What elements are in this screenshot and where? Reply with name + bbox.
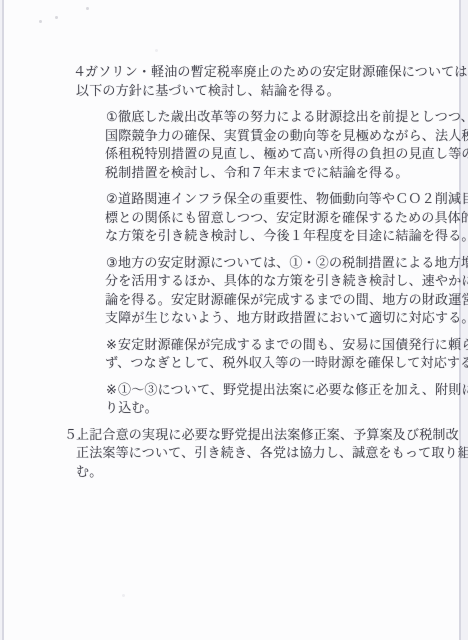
- paragraph-subitem: ①徹底した歳出改革等の努力による財源捻出を前提としつつ、 国際競争力の確保、実質…: [0, 109, 460, 183]
- item-marker: ※: [93, 337, 117, 356]
- paragraph-note: ※安定財源確保が完成するまでの間も、安易に国債発行に頼ら ず、つなぎとして、税外…: [0, 337, 460, 374]
- scan-speck: [55, 16, 58, 19]
- scan-speck: [39, 20, 42, 23]
- paragraph-note: ※①～③について、野党提出法案に必要な修正を加え、附則に盛 り込む。: [0, 382, 460, 419]
- scan-speck: [155, 49, 158, 52]
- paragraph-item: ４.ガソリン・軽油の暫定税率廃止のための安定財源確保については、 以下の方針に基…: [0, 64, 460, 101]
- document-body: ４.ガソリン・軽油の暫定税率廃止のための安定財源確保については、 以下の方針に基…: [0, 64, 460, 490]
- item-marker: ②: [93, 191, 118, 210]
- item-marker: ５.: [64, 427, 82, 446]
- item-marker: ①: [93, 109, 118, 128]
- item-marker: ③: [93, 255, 118, 274]
- item-text: 上記合意の実現に必要な野党提出法案修正案、予算案及び税制改 正法案等について、引…: [76, 428, 468, 480]
- paragraph-subitem: ③地方の安定財源については、①・②の税制措置による地方増収 分を活用するほか、具…: [0, 255, 460, 329]
- item-text: 安定財源確保が完成するまでの間も、安易に国債発行に頼ら ず、つなぎとして、税外収…: [105, 338, 468, 372]
- scan-speck: [122, 594, 125, 597]
- paragraph-subitem: ②道路関連インフラ保全の重要性、物価動向等やＣＯ２削減目 標との関係にも留意しつ…: [0, 191, 460, 247]
- item-text: ①～③について、野党提出法案に必要な修正を加え、附則に盛 り込む。: [105, 383, 468, 417]
- item-text: 地方の安定財源については、①・②の税制措置による地方増収 分を活用するほか、具体…: [105, 256, 468, 327]
- item-marker: ※: [93, 382, 117, 401]
- scan-speck: [86, 7, 89, 10]
- paragraph-item: ５.上記合意の実現に必要な野党提出法案修正案、予算案及び税制改 正法案等について…: [0, 427, 460, 483]
- item-text: ガソリン・軽油の暫定税率廃止のための安定財源確保については、 以下の方針に基づい…: [76, 65, 468, 99]
- item-text: 道路関連インフラ保全の重要性、物価動向等やＣＯ２削減目 標との関係にも留意しつつ…: [105, 192, 468, 244]
- item-marker: ４.: [64, 64, 91, 83]
- item-text: 徹底した歳出改革等の努力による財源捻出を前提としつつ、 国際競争力の確保、実質賃…: [105, 110, 468, 181]
- scanned-page: ４.ガソリン・軽油の暫定税率廃止のための安定財源確保については、 以下の方針に基…: [0, 0, 468, 640]
